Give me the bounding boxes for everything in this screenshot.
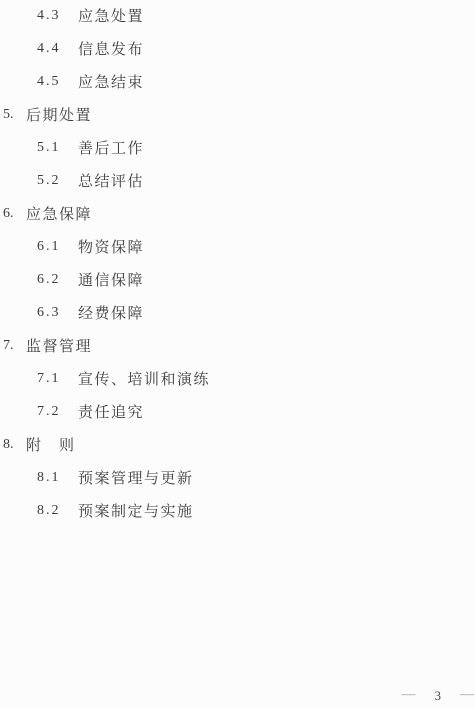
toc-entry: 7.1 宣传、培训和演练 [0,362,475,395]
toc-entry-title: 应急保障 [26,203,92,224]
toc-entry: 6. 应急保障 [0,197,475,230]
toc-entry-number: 6. [3,206,16,222]
toc-entry: 4.4 信息发布 [0,32,475,65]
toc-entry: 5.1 善后工作 [0,131,475,164]
toc-entry-number: 7. [3,338,16,354]
document-page: 4.3 应急处置 4.4 信息发布 4.5 应急结束 5. 后期处置 5.1 善… [0,0,475,708]
toc-entry: 5.2 总结评估 [0,164,475,197]
toc-entry-number: 8. [3,437,16,453]
toc-entry-number: 4.5 [37,74,62,90]
toc-entry-title: 宣传、培训和演练 [78,368,210,389]
page-number: 3 [435,689,442,702]
toc-entry: 7. 监督管理 [0,329,475,362]
toc-entry-title: 通信保障 [78,269,144,290]
toc-entry: 8.1 预案管理与更新 [0,461,475,494]
toc-entry: 4.5 应急结束 [0,65,475,98]
toc-entry: 7.2 责任追究 [0,395,475,428]
toc-entry-number: 6.3 [37,305,62,321]
toc-entry: 6.3 经费保障 [0,296,475,329]
toc-entry: 8. 附 则 [0,428,475,461]
toc-entry-title: 预案制定与实施 [78,500,194,521]
toc-entry-number: 8.2 [37,503,62,519]
toc-entry: 4.3 应急处置 [0,0,475,32]
footer-dash-left: — [402,688,416,702]
toc-entry-number: 8.1 [37,470,62,486]
toc-entry-number: 6.2 [37,272,62,288]
toc-entry: 6.1 物资保障 [0,230,475,263]
toc-entry-title: 监督管理 [26,335,92,356]
toc-entry-number: 7.1 [37,371,62,387]
toc-entry-title: 附 则 [26,434,76,455]
toc-entry-number: 4.4 [37,41,62,57]
toc-entry-title: 善后工作 [78,137,144,158]
toc-entry: 8.2 预案制定与实施 [0,494,475,527]
toc-entry-title: 物资保障 [78,236,144,257]
toc-entry-title: 总结评估 [78,170,144,191]
toc-entry-number: 6.1 [37,239,62,255]
toc-entry: 5. 后期处置 [0,98,475,131]
footer-dash-right: — [460,688,474,702]
page-footer: — 3 — [402,688,475,702]
toc-entry-title: 应急处置 [78,5,144,26]
toc-entry-title: 后期处置 [26,104,92,125]
toc-entry-number: 5.1 [37,140,62,156]
table-of-contents: 4.3 应急处置 4.4 信息发布 4.5 应急结束 5. 后期处置 5.1 善… [0,0,475,527]
toc-entry-number: 7.2 [37,404,62,420]
toc-entry-title: 经费保障 [78,302,144,323]
toc-entry-title: 预案管理与更新 [78,467,194,488]
toc-entry: 6.2 通信保障 [0,263,475,296]
toc-entry-title: 责任追究 [78,401,144,422]
toc-entry-number: 5. [3,107,16,123]
toc-entry-title: 应急结束 [78,71,144,92]
toc-entry-title: 信息发布 [78,38,144,59]
toc-entry-number: 4.3 [37,8,62,24]
toc-entry-number: 5.2 [37,173,62,189]
